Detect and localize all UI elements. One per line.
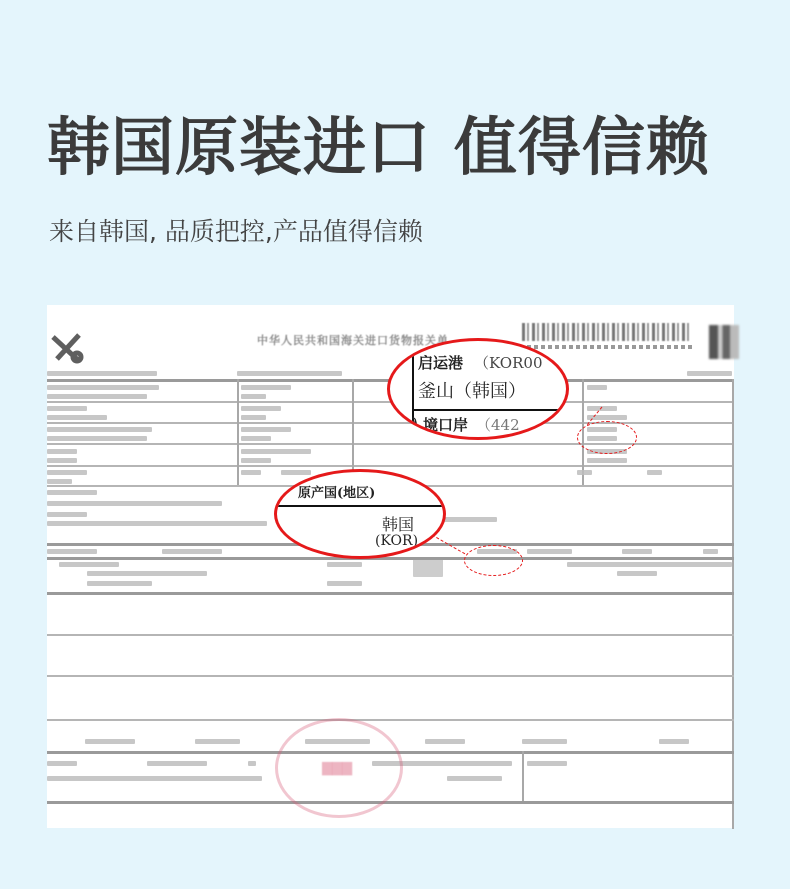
- stamp-mark-icon: ▇▇▇: [322, 761, 352, 776]
- origin-country-code: (KOR): [375, 533, 418, 549]
- origin-country-label: 原产国(地区): [298, 482, 375, 501]
- origin-country-value: 韩国: [382, 512, 414, 535]
- subheadline: 来自韩国, 品质把控,产品值得信赖: [49, 214, 423, 250]
- customs-emblem-icon: [49, 329, 85, 365]
- customs-seal-stamp: ▇▇▇: [275, 718, 403, 818]
- departure-port-label: 启运港: [418, 352, 463, 373]
- callout-departure-port: 启运港 （KOR00 釜山（韩国） 入境口岸 （442: [387, 338, 569, 440]
- barcode: [522, 323, 692, 341]
- qr-code: [709, 325, 739, 359]
- departure-port-code: （KOR00: [474, 352, 542, 373]
- entry-port-code: （442: [476, 414, 520, 435]
- form-title: 中华人民共和国海关进口货物报关单: [257, 332, 449, 348]
- highlight-ellipse-origin: [464, 545, 523, 576]
- headline: 韩国原装进口 值得信赖: [47, 108, 710, 188]
- callout-origin-country: 原产国(地区) 韩国 (KOR): [274, 469, 446, 559]
- entry-port-label: 入境口岸: [408, 414, 468, 435]
- barcode-number: [527, 345, 692, 349]
- customs-declaration-document: 中华人民共和国海关进口货物报关单: [47, 305, 734, 828]
- highlight-ellipse-port: [577, 421, 637, 454]
- departure-port-value: 釜山（韩国）: [418, 377, 526, 403]
